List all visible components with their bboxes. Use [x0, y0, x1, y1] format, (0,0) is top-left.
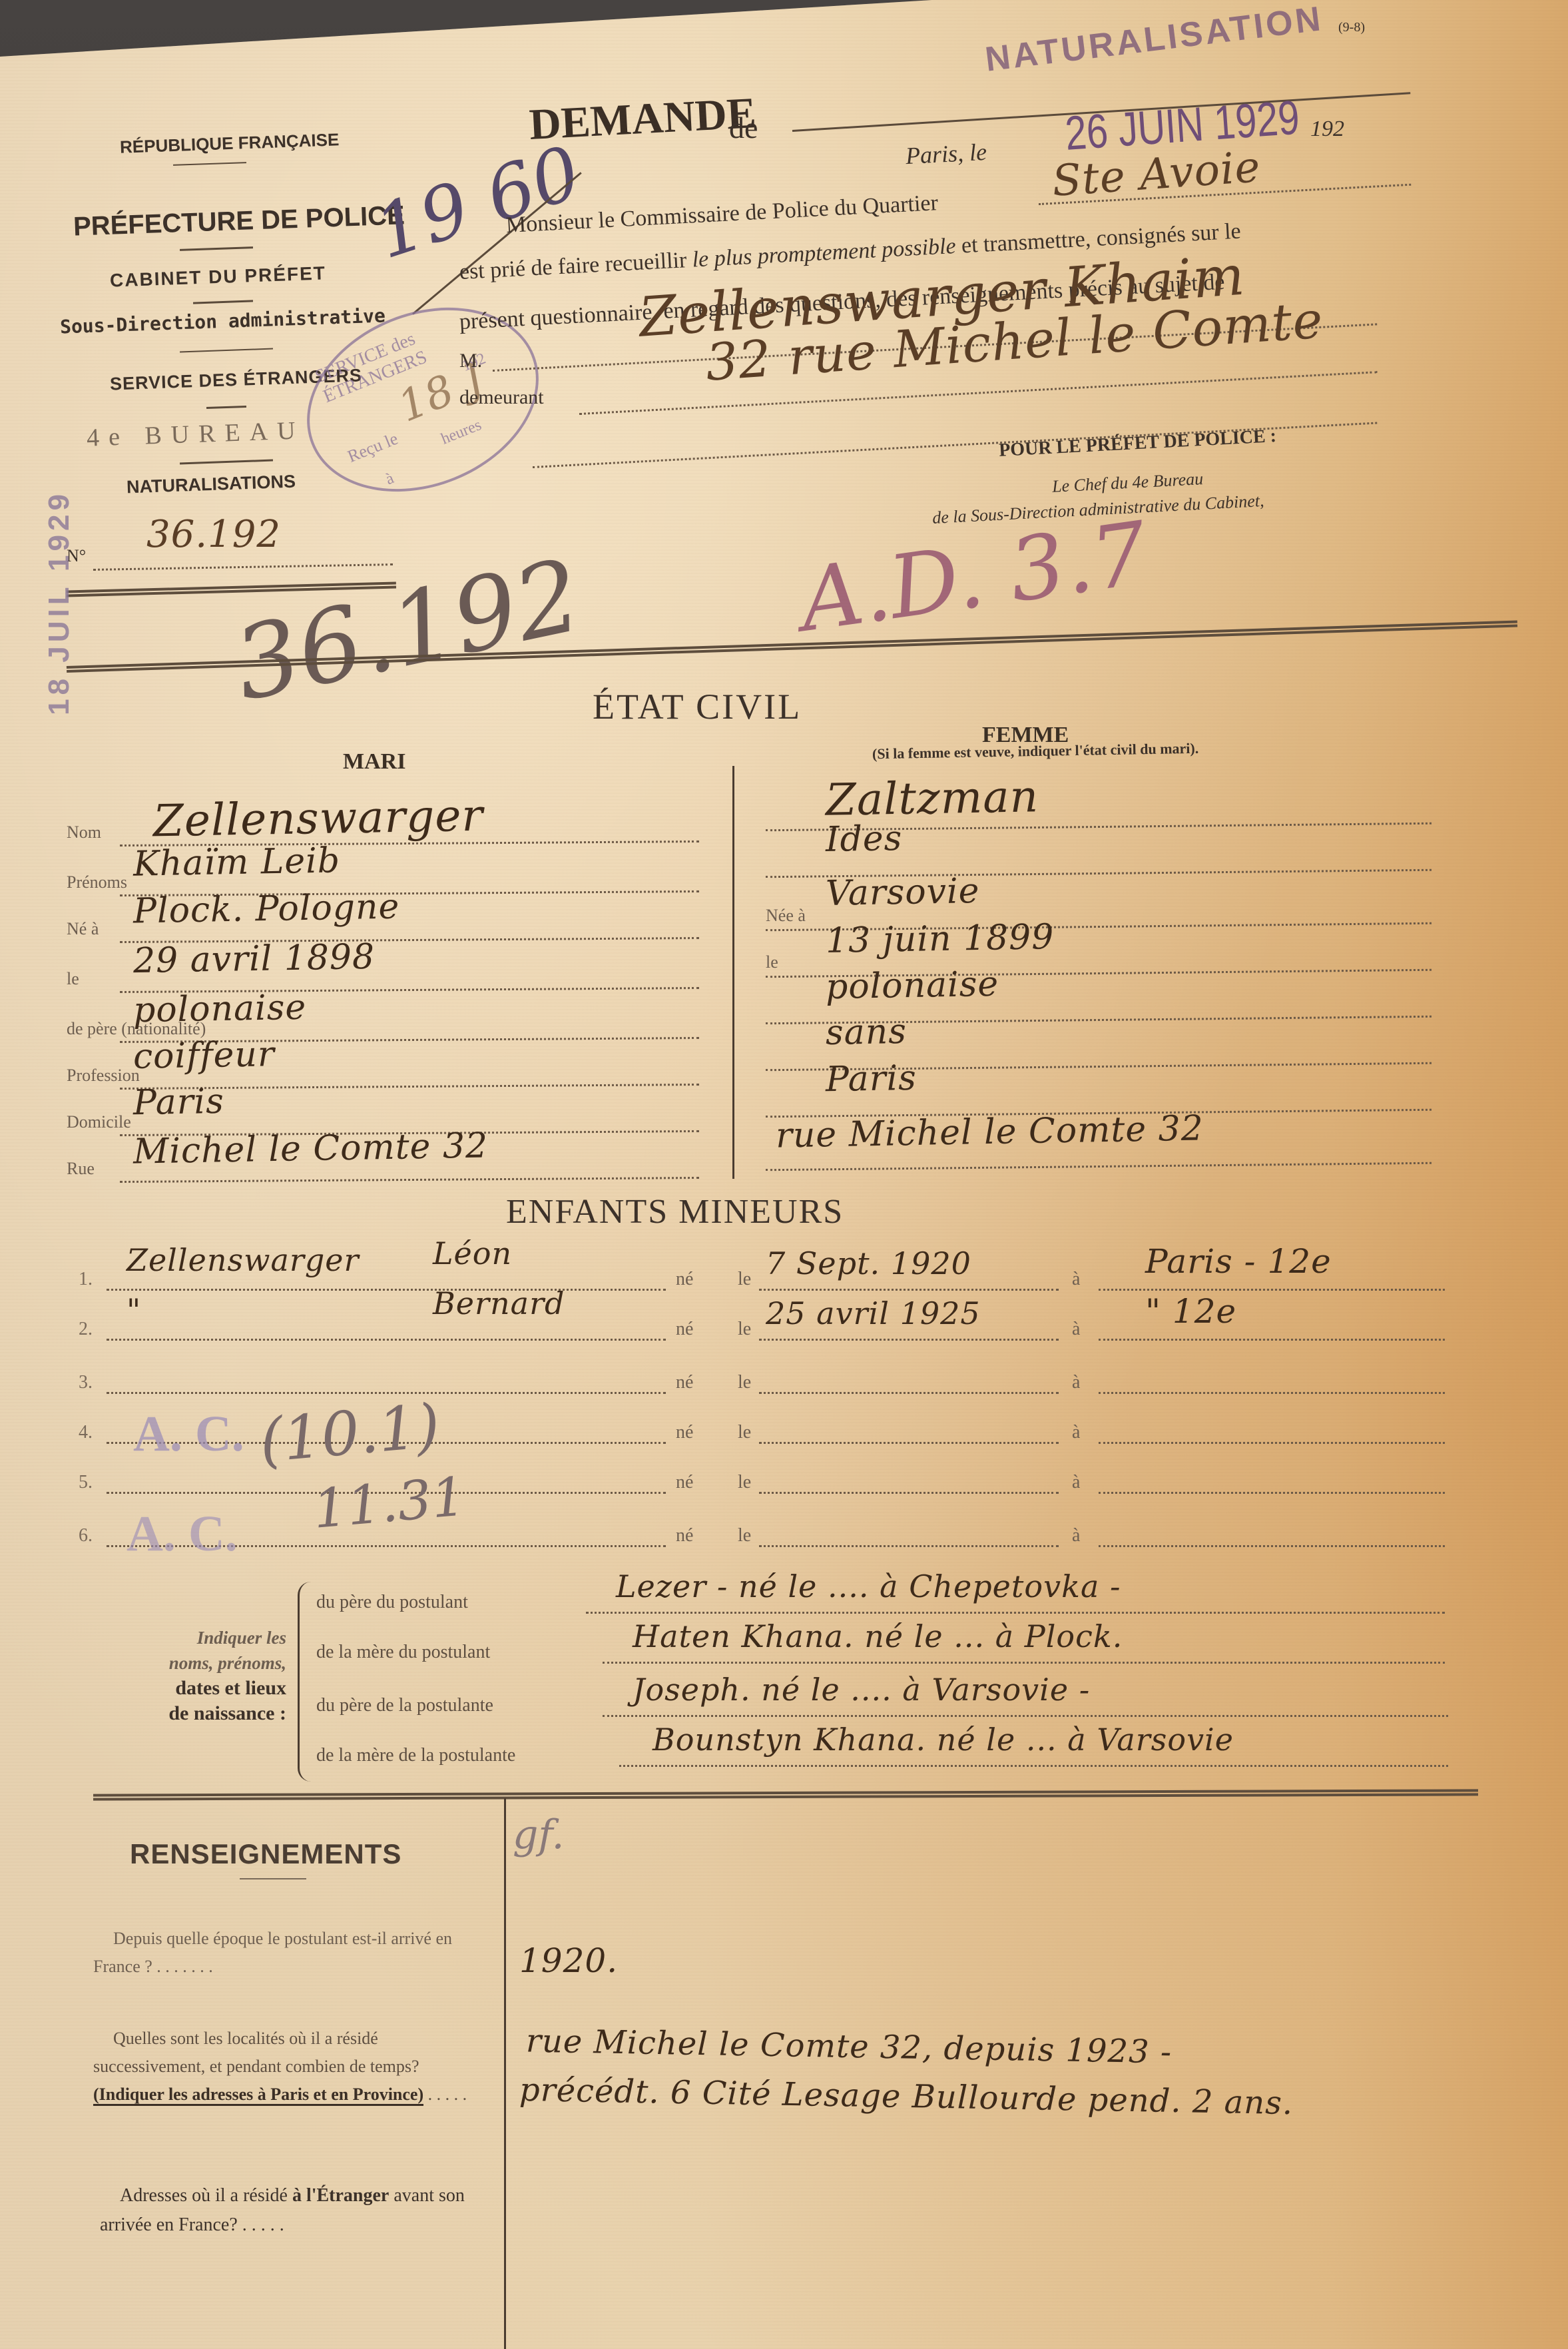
stamp-heures: heures: [439, 416, 484, 448]
ne-label: né: [676, 1422, 693, 1443]
sous-direction-heading: Sous-Direction administrative: [60, 304, 386, 338]
child-place-line: [1099, 1289, 1445, 1291]
enfants-title: ENFANTS MINEURS: [506, 1192, 844, 1231]
mari-heading: MARI: [343, 749, 405, 775]
parent-value[interactable]: Bounstyn Khana. né le ... à Varsovie: [653, 1722, 1234, 1758]
mari-field-line: [120, 1130, 699, 1136]
child-birth-place[interactable]: Paris - 12e: [1145, 1242, 1332, 1281]
ac-stamp-2: A. C.: [127, 1505, 238, 1563]
parent-line: [603, 1662, 1445, 1664]
column-divider: [504, 1798, 506, 2349]
femme-note: (Si la femme est veuve, indiquer l'état …: [872, 740, 1199, 763]
mari-field-value[interactable]: 29 avril 1898: [133, 937, 376, 981]
child-place-line: [1099, 1339, 1445, 1341]
form-title-de: de: [729, 110, 758, 145]
stamp-outer-text: SERVICE des ÉTRANGERS: [312, 290, 521, 408]
le-label: le: [738, 1372, 751, 1393]
parent-line: [586, 1612, 1445, 1614]
instruction-line-3: présent questionnaire, en regard des que…: [459, 270, 1225, 335]
child-birth-date[interactable]: 7 Sept. 1920: [766, 1245, 971, 1281]
femme-field-line: [766, 823, 1432, 831]
stamp-code: (9-8): [1338, 20, 1365, 35]
naturalisation-form: RÉPUBLIQUE FRANÇAISE PRÉFECTURE DE POLIC…: [0, 0, 1568, 2349]
reviewer-mark: gf.: [513, 1812, 565, 1858]
mari-field-label: Né à: [67, 919, 99, 939]
mari-field-line: [120, 1177, 699, 1183]
child-number: 5.: [79, 1472, 93, 1493]
commissaire-line: Monsieur le Commissaire de Police du Qua…: [505, 190, 939, 238]
applicant-name: Zellenswarger Khaim: [637, 244, 1247, 350]
femme-field-value[interactable]: Ides: [825, 819, 902, 860]
mari-field-value[interactable]: Paris: [132, 1082, 224, 1123]
service-etrangers-stamp: SERVICE des ÉTRANGERS Reçu le 18 J 192 h…: [279, 274, 566, 525]
femme-field-value[interactable]: rue Michel le Comte 32: [776, 1108, 1204, 1156]
child-name-line: [107, 1339, 666, 1341]
ne-label: né: [676, 1269, 693, 1290]
a-label: à: [1072, 1525, 1080, 1546]
stamp-a: à: [384, 470, 397, 489]
address-line: [579, 371, 1378, 415]
brace: [298, 1582, 311, 1782]
mari-field-label: Rue: [67, 1159, 95, 1179]
femme-field-line: [766, 1109, 1432, 1118]
child-number: 1.: [79, 1269, 93, 1290]
margin-date-stamp: 18 JUIL 1929: [43, 490, 76, 715]
child-number: 2.: [79, 1319, 93, 1340]
mari-field-label: de père (nationalité): [67, 1019, 206, 1039]
numero-line: [93, 563, 393, 571]
numero-value: 36.192: [146, 513, 281, 556]
mari-field-line: [120, 890, 699, 896]
stamp-recu-le: Reçu le: [345, 429, 401, 467]
ne-label: né: [676, 1472, 693, 1493]
child-prenom[interactable]: Bernard: [433, 1285, 565, 1321]
femme-field-value[interactable]: polonaise: [825, 964, 999, 1008]
child-date-line: [759, 1339, 1059, 1341]
bureau-heading: 4e BUREAU: [86, 416, 305, 452]
m-label: M.: [459, 350, 482, 372]
femme-field-line: [766, 922, 1432, 931]
quartier-value: Ste Avoie: [1051, 143, 1262, 206]
a-label: à: [1072, 1319, 1080, 1340]
annotation-slash: [412, 172, 582, 314]
demeurant-label: demeurant: [459, 386, 544, 409]
question-foreign-addresses: Adresses où il a résidé à l'Étranger ava…: [100, 2181, 499, 2240]
commissaire-text: Monsieur le Commissaire de Police du Qua…: [505, 190, 939, 238]
child-name-line: [107, 1545, 666, 1547]
child-place-line: [1099, 1492, 1445, 1494]
a-label: à: [1072, 1372, 1080, 1393]
child-name-line: [107, 1392, 666, 1394]
annotation-number: 19 60: [365, 129, 591, 275]
etat-civil-title: ÉTAT CIVIL: [593, 686, 802, 727]
date-stamp: 26 JUIN 1929: [1063, 91, 1301, 161]
child-birth-date[interactable]: 25 avril 1925: [766, 1295, 981, 1331]
divider: [180, 246, 253, 251]
mari-field-label: Domicile: [67, 1112, 131, 1132]
mari-field-value[interactable]: coiffeur: [132, 1034, 275, 1077]
question-localities: Quelles sont les localités où il a résid…: [93, 2025, 493, 2109]
service-heading: SERVICE DES ÉTRANGERS: [110, 365, 363, 394]
le-label: le: [738, 1422, 751, 1443]
femme-field-value[interactable]: Zaltzman: [825, 771, 1039, 826]
instruction-line-2: est prié de faire recueillir le plus pro…: [459, 219, 1242, 285]
name-line: [493, 323, 1377, 372]
le-label: le: [738, 1525, 751, 1546]
divider: [193, 300, 253, 304]
section-divider: [67, 582, 396, 597]
femme-field-value[interactable]: Varsovie: [825, 871, 979, 914]
child-nom[interactable]: ": [127, 1292, 141, 1328]
mari-field-value[interactable]: Michel le Comte 32: [133, 1126, 489, 1172]
naturalisation-stamp: NATURALISATION: [983, 0, 1325, 80]
femme-field-line: [766, 1062, 1432, 1071]
child-place-line: [1099, 1442, 1445, 1444]
child-name-line: [107, 1492, 666, 1494]
stamp-handwritten-date: 18 J: [392, 354, 491, 432]
femme-heading: FEMME: [982, 723, 1069, 748]
parent-label: du père du postulant: [316, 1592, 468, 1613]
child-name-line: [107, 1442, 666, 1444]
parent-label: du père de la postulante: [316, 1695, 493, 1716]
year-suffix: 192: [1310, 117, 1344, 142]
chef-bureau: Le Chef du 4e Bureau: [1051, 469, 1203, 497]
child-birth-place[interactable]: " 12e: [1145, 1292, 1236, 1331]
parent-value[interactable]: Lezer - né le .... à Chepetovka -: [616, 1568, 1121, 1604]
mari-field-line: [120, 937, 699, 943]
child-place-line: [1099, 1392, 1445, 1394]
child-nom[interactable]: Zellenswarger: [127, 1242, 360, 1278]
child-date-line: [759, 1442, 1059, 1444]
mari-field-label: Prénoms: [67, 872, 127, 892]
divider: [206, 406, 246, 409]
mari-field-value[interactable]: Plock. Pologne: [133, 887, 400, 932]
demande-line: [792, 92, 1410, 132]
mari-field-line: [120, 1037, 699, 1043]
mari-field-label: Profession: [67, 1066, 140, 1086]
ornament-divider: [173, 162, 246, 166]
mari-field-line: [120, 1084, 699, 1090]
mari-field-label: le: [67, 969, 79, 989]
parent-line: [603, 1715, 1448, 1717]
ornament-divider: [180, 348, 273, 353]
ne-label: né: [676, 1319, 693, 1340]
paris-le-label: Paris, le: [905, 138, 987, 170]
column-divider: [732, 766, 734, 1179]
femme-field-line: [766, 869, 1432, 878]
section-divider: [93, 1789, 1478, 1800]
parent-label: de la mère de la postulante: [316, 1745, 515, 1766]
answer-arrival: 1920.: [519, 1941, 618, 1980]
child-date-line: [759, 1392, 1059, 1394]
divider: [180, 460, 273, 465]
pencil-note-1: (10.1): [257, 1391, 443, 1476]
femme-field-label: Née à: [766, 906, 806, 926]
child-date-line: [759, 1289, 1059, 1291]
ne-label: né: [676, 1372, 693, 1393]
parent-line: [619, 1765, 1448, 1767]
pencil-note-2: 11.31: [310, 1465, 467, 1540]
prefecture-heading: PRÉFECTURE DE POLICE: [73, 200, 405, 242]
ornament-divider: [240, 1878, 306, 1879]
parents-instruction: Indiquer les noms, prénoms, dates et lie…: [73, 1625, 286, 1726]
ne-label: né: [676, 1525, 693, 1546]
femme-field-value[interactable]: sans: [825, 1012, 907, 1053]
ac-stamp-1: A. C.: [133, 1405, 244, 1463]
address-value: 32 rue Michel le Comte: [704, 290, 1325, 392]
child-number: 3.: [79, 1372, 93, 1393]
renseignements-title: RENSEIGNEMENTS: [130, 1838, 401, 1870]
child-date-line: [759, 1545, 1059, 1547]
le-label: le: [738, 1319, 751, 1340]
republique-heading: RÉPUBLIQUE FRANÇAISE: [120, 129, 340, 157]
femme-field-label: le: [766, 952, 778, 972]
numero-label: N°: [67, 546, 86, 566]
a-label: à: [1072, 1422, 1080, 1443]
section-divider: [67, 621, 1517, 673]
child-name-line: [107, 1289, 666, 1291]
child-number: 6.: [79, 1525, 93, 1546]
a-label: à: [1072, 1269, 1080, 1290]
femme-field-line: [766, 1162, 1432, 1171]
mari-field-value[interactable]: Khaïm Leib: [133, 840, 341, 884]
femme-field-value[interactable]: Paris: [825, 1058, 917, 1100]
sous-direction-cabinet: de la Sous-Direction administrative du C…: [932, 491, 1265, 528]
femme-field-line: [766, 1016, 1432, 1024]
child-date-line: [759, 1492, 1059, 1494]
cabinet-heading: CABINET DU PRÉFET: [110, 262, 327, 291]
child-place-line: [1099, 1545, 1445, 1547]
femme-field-value[interactable]: 13 juin 1899: [826, 917, 1055, 961]
pour-le-prefet: POUR LE PRÉFET DE POLICE :: [998, 426, 1276, 462]
a-label: à: [1072, 1472, 1080, 1493]
large-file-number: 36.192: [225, 537, 591, 723]
answer-localities-2: précédt. 6 Cité Lesage Bullourde pend. 2…: [519, 2071, 1294, 2122]
form-title: DEMANDE: [528, 88, 758, 151]
naturalisations-heading: NATURALISATIONS: [127, 472, 296, 498]
parent-value[interactable]: Joseph. né le .... à Varsovie -: [633, 1672, 1090, 1708]
blank-line: [533, 422, 1377, 468]
child-prenom[interactable]: Léon: [433, 1235, 512, 1271]
question-arrival: Depuis quelle époque le postulant est-il…: [93, 1925, 493, 1981]
stamp-year: 192: [459, 350, 488, 376]
le-label: le: [738, 1472, 751, 1493]
mari-field-value[interactable]: Zellenswarger: [152, 790, 483, 847]
parent-value[interactable]: Haten Khana. né le ... à Plock.: [633, 1618, 1123, 1654]
parent-label: de la mère du postulant: [316, 1642, 490, 1663]
answer-localities-1: rue Michel le Comte 32, depuis 1923 -: [526, 2023, 1173, 2071]
femme-field-line: [766, 969, 1432, 978]
mari-field-line: [120, 840, 699, 846]
mari-field-line: [120, 987, 699, 993]
signature-annotation: A.D. 3.7: [794, 502, 1153, 651]
child-number: 4.: [79, 1422, 93, 1443]
mari-field-value[interactable]: polonaise: [132, 988, 306, 1031]
mari-field-label: Nom: [67, 823, 101, 842]
quartier-line: [1039, 184, 1411, 205]
le-label: le: [738, 1269, 751, 1290]
